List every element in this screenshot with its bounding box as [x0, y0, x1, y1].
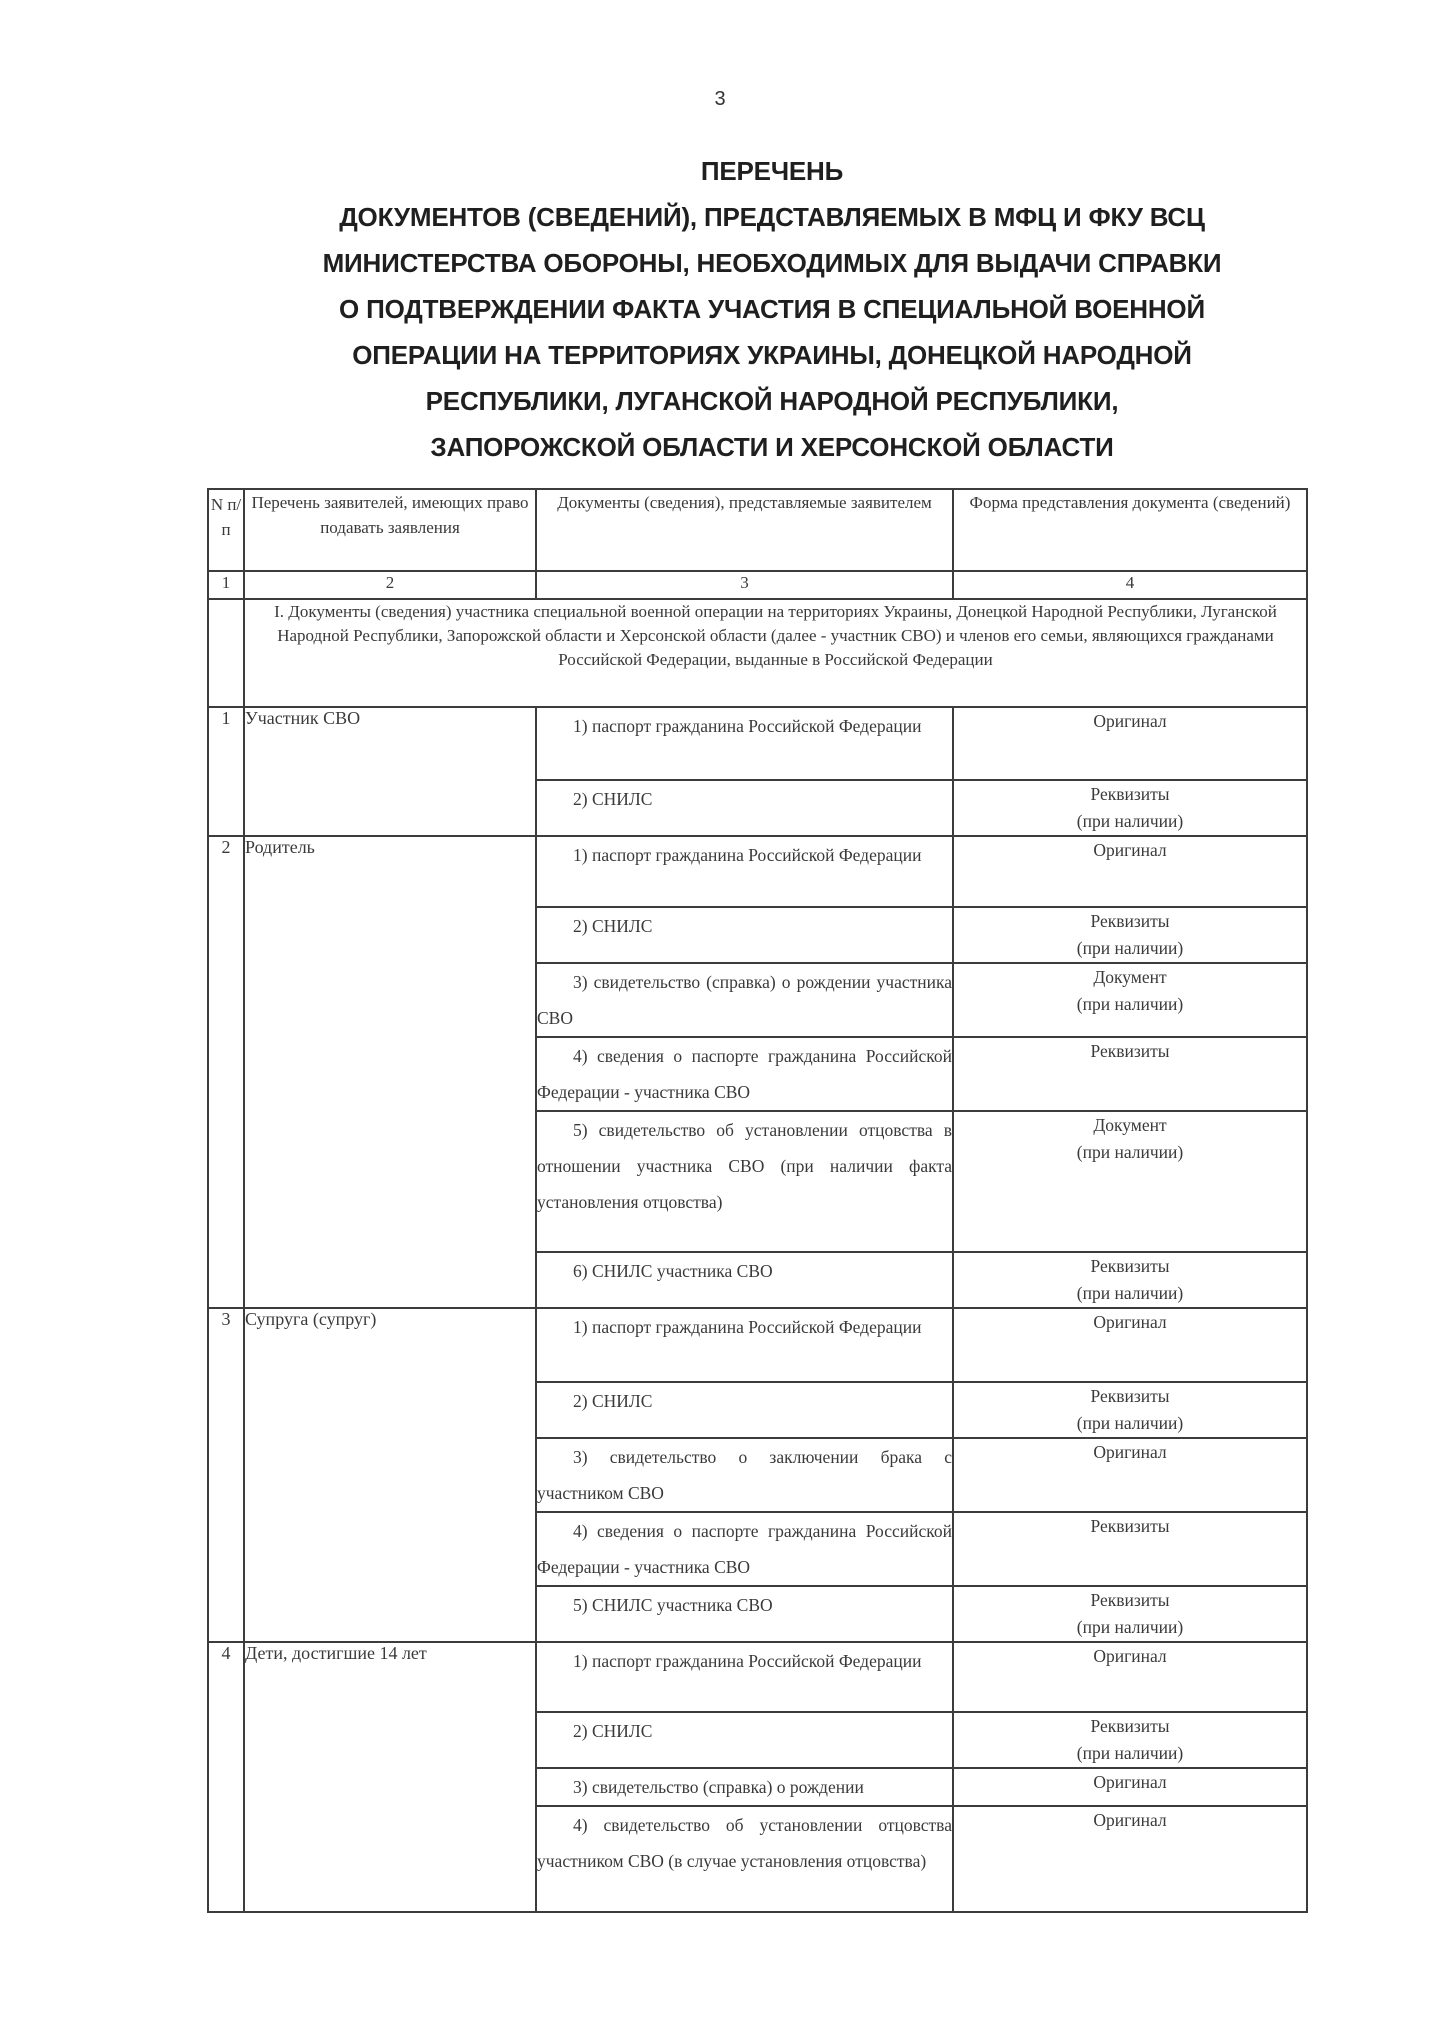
document-item: 1) паспорт гражданина Российской Федерац…: [537, 1643, 952, 1679]
row-number: 3: [208, 1308, 244, 1642]
form-cell: Оригинал: [953, 1768, 1307, 1806]
document-cell: 1) паспорт гражданина Российской Федерац…: [536, 836, 953, 907]
form-cell: Реквизиты(при наличии): [953, 1712, 1307, 1768]
section-number-cell: [208, 599, 244, 707]
header-documents: Документы (сведения), представляемые зая…: [536, 489, 953, 571]
header-applicants: Перечень заявителей, имеющих право подав…: [244, 489, 536, 571]
form-line: Реквизиты: [954, 1253, 1306, 1280]
form-cell: Реквизиты(при наличии): [953, 1252, 1307, 1308]
form-line: (при наличии): [954, 1614, 1306, 1641]
document-item: 4) сведения о паспорте гражданина Россий…: [537, 1513, 952, 1585]
document-cell: 2) СНИЛС: [536, 1712, 953, 1768]
title-line: ПЕРЕЧЕНЬ: [240, 148, 1304, 194]
document-cell: 2) СНИЛС: [536, 780, 953, 836]
form-line: Оригинал: [954, 1643, 1306, 1670]
form-cell: Документ(при наличии): [953, 1111, 1307, 1252]
form-line: Реквизиты: [954, 1587, 1306, 1614]
document-cell: 1) паспорт гражданина Российской Федерац…: [536, 1642, 953, 1712]
documents-table: N п/п Перечень заявителей, имеющих право…: [207, 488, 1308, 1913]
document-cell: 6) СНИЛС участника СВО: [536, 1252, 953, 1308]
document-item: 1) паспорт гражданина Российской Федерац…: [537, 1309, 952, 1345]
column-number-row: 1 2 3 4: [208, 571, 1307, 599]
form-line: Оригинал: [954, 1309, 1306, 1336]
document-cell: 5) свидетельство об установлении отцовст…: [536, 1111, 953, 1252]
form-line: Оригинал: [954, 708, 1306, 735]
form-line: (при наличии): [954, 1740, 1306, 1767]
form-cell: Документ(при наличии): [953, 963, 1307, 1037]
document-cell: 4) сведения о паспорте гражданина Россий…: [536, 1512, 953, 1586]
header-form: Форма представления документа (сведений): [953, 489, 1307, 571]
title-line: О ПОДТВЕРЖДЕНИИ ФАКТА УЧАСТИЯ В СПЕЦИАЛЬ…: [240, 286, 1304, 332]
section-row: I. Документы (сведения) участника специа…: [208, 599, 1307, 707]
applicant-cell: Супруга (супруг): [244, 1308, 536, 1642]
document-cell: 2) СНИЛС: [536, 1382, 953, 1438]
form-cell: Оригинал: [953, 1438, 1307, 1512]
form-line: Оригинал: [954, 1807, 1306, 1834]
document-item: 4) свидетельство об установлении отцовст…: [537, 1807, 952, 1879]
document-cell: 3) свидетельство (справка) о рождении: [536, 1768, 953, 1806]
document-item: 1) паспорт гражданина Российской Федерац…: [537, 837, 952, 873]
document-cell: 5) СНИЛС участника СВО: [536, 1586, 953, 1642]
table-row: 3Супруга (супруг)1) паспорт гражданина Р…: [208, 1308, 1307, 1382]
document-cell: 3) свидетельство (справка) о рождении уч…: [536, 963, 953, 1037]
form-line: (при наличии): [954, 1139, 1306, 1166]
document-cell: 1) паспорт гражданина Российской Федерац…: [536, 1308, 953, 1382]
document-item: 1) паспорт гражданина Российской Федерац…: [537, 708, 952, 744]
form-line: Оригинал: [954, 1439, 1306, 1466]
document-cell: 4) свидетельство об установлении отцовст…: [536, 1806, 953, 1912]
form-cell: Оригинал: [953, 1642, 1307, 1712]
document-item: 6) СНИЛС участника СВО: [537, 1253, 952, 1289]
title-line: ДОКУМЕНТОВ (СВЕДЕНИЙ), ПРЕДСТАВЛЯЕМЫХ В …: [240, 194, 1304, 240]
table-row: 2Родитель1) паспорт гражданина Российско…: [208, 836, 1307, 907]
title-line: РЕСПУБЛИКИ, ЛУГАНСКОЙ НАРОДНОЙ РЕСПУБЛИК…: [240, 378, 1304, 424]
document-cell: 1) паспорт гражданина Российской Федерац…: [536, 707, 953, 780]
form-line: Реквизиты: [954, 1383, 1306, 1410]
form-line: Оригинал: [954, 1769, 1306, 1796]
form-cell: Реквизиты(при наличии): [953, 1382, 1307, 1438]
row-number: 2: [208, 836, 244, 1308]
document-item: 2) СНИЛС: [537, 1383, 952, 1419]
document-item: 5) СНИЛС участника СВО: [537, 1587, 952, 1623]
document-cell: 2) СНИЛС: [536, 907, 953, 963]
row-number: 1: [208, 707, 244, 836]
column-number: 1: [208, 571, 244, 599]
document-title: ПЕРЕЧЕНЬ ДОКУМЕНТОВ (СВЕДЕНИЙ), ПРЕДСТАВ…: [240, 148, 1304, 470]
document-item: 5) свидетельство об установлении отцовст…: [537, 1112, 952, 1220]
form-cell: Реквизиты(при наличии): [953, 780, 1307, 836]
row-number: 4: [208, 1642, 244, 1912]
document-item: 3) свидетельство о заключении брака с уч…: [537, 1439, 952, 1511]
table-header-row: N п/п Перечень заявителей, имеющих право…: [208, 489, 1307, 571]
section-title: I. Документы (сведения) участника специа…: [244, 599, 1307, 707]
form-cell: Оригинал: [953, 707, 1307, 780]
header-number: N п/п: [208, 489, 244, 571]
form-line: Оригинал: [954, 837, 1306, 864]
form-line: Реквизиты: [954, 908, 1306, 935]
form-cell: Реквизиты: [953, 1512, 1307, 1586]
table-row: 4Дети, достигшие 14 лет1) паспорт гражда…: [208, 1642, 1307, 1712]
page-number: 3: [0, 88, 1440, 111]
form-line: Реквизиты: [954, 781, 1306, 808]
form-cell: Оригинал: [953, 836, 1307, 907]
document-item: 2) СНИЛС: [537, 781, 952, 817]
applicant-cell: Участник СВО: [244, 707, 536, 836]
column-number: 4: [953, 571, 1307, 599]
form-cell: Реквизиты(при наличии): [953, 907, 1307, 963]
form-line: Реквизиты: [954, 1038, 1306, 1065]
document-cell: 4) сведения о паспорте гражданина Россий…: [536, 1037, 953, 1111]
form-line: Реквизиты: [954, 1713, 1306, 1740]
form-line: (при наличии): [954, 991, 1306, 1018]
form-cell: Оригинал: [953, 1308, 1307, 1382]
title-line: ОПЕРАЦИИ НА ТЕРРИТОРИЯХ УКРАИНЫ, ДОНЕЦКО…: [240, 332, 1304, 378]
document-cell: 3) свидетельство о заключении брака с уч…: [536, 1438, 953, 1512]
form-line: Реквизиты: [954, 1513, 1306, 1540]
form-cell: Оригинал: [953, 1806, 1307, 1912]
form-line: Документ: [954, 1112, 1306, 1139]
document-item: 3) свидетельство (справка) о рождении: [537, 1769, 952, 1805]
document-item: 2) СНИЛС: [537, 1713, 952, 1749]
form-cell: Реквизиты(при наличии): [953, 1586, 1307, 1642]
form-line: (при наличии): [954, 808, 1306, 835]
title-line: ЗАПОРОЖСКОЙ ОБЛАСТИ И ХЕРСОНСКОЙ ОБЛАСТИ: [240, 424, 1304, 470]
document-item: 4) сведения о паспорте гражданина Россий…: [537, 1038, 952, 1110]
form-line: (при наличии): [954, 935, 1306, 962]
form-line: Документ: [954, 964, 1306, 991]
applicant-cell: Дети, достигшие 14 лет: [244, 1642, 536, 1912]
title-line: МИНИСТЕРСТВА ОБОРОНЫ, НЕОБХОДИМЫХ ДЛЯ ВЫ…: [240, 240, 1304, 286]
form-cell: Реквизиты: [953, 1037, 1307, 1111]
table-row: 1Участник СВО1) паспорт гражданина Росси…: [208, 707, 1307, 780]
column-number: 3: [536, 571, 953, 599]
applicant-cell: Родитель: [244, 836, 536, 1308]
form-line: (при наличии): [954, 1410, 1306, 1437]
document-item: 3) свидетельство (справка) о рождении уч…: [537, 964, 952, 1036]
document-item: 2) СНИЛС: [537, 908, 952, 944]
form-line: (при наличии): [954, 1280, 1306, 1307]
column-number: 2: [244, 571, 536, 599]
